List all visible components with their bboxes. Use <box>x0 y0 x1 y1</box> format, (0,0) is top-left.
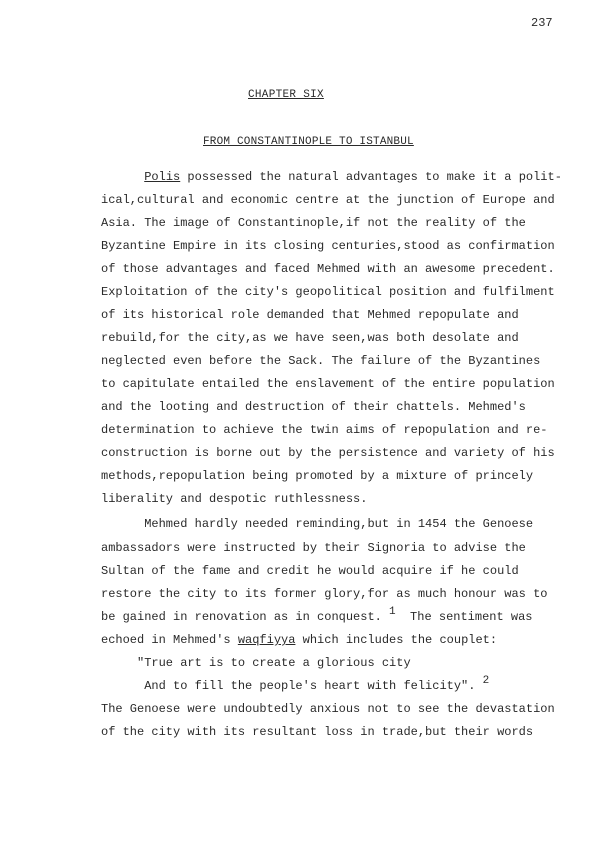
text-line: ical,cultural and economic centre at the… <box>101 193 555 207</box>
text-line: methods,repopulation being promoted by a… <box>101 469 533 483</box>
text-line: neglected even before the Sack. The fail… <box>101 354 540 368</box>
chapter-title: FROM CONSTANTINOPLE TO ISTANBUL <box>203 136 414 148</box>
footnote-marker: 1 <box>389 606 396 618</box>
text-line: to capitulate entailed the enslavement o… <box>101 377 555 391</box>
underlined-term: Polis <box>144 170 180 184</box>
text-line: of those advantages and faced Mehmed wit… <box>101 262 555 276</box>
text-line: of its historical role demanded that Meh… <box>101 308 519 322</box>
text-line: and the looting and destruction of their… <box>101 400 526 414</box>
text-line: liberality and despotic ruthlessness. <box>101 492 367 506</box>
text-line: construction is borne out by the persist… <box>101 446 555 460</box>
underlined-term: waqfiyya <box>238 633 296 647</box>
text-line: restore the city to its former glory,for… <box>101 587 547 601</box>
footnote-marker: 2 <box>483 675 490 687</box>
text-line: ambassadors were instructed by their Sig… <box>101 541 526 555</box>
text-line: Mehmed hardly needed reminding,but in 14… <box>101 517 533 531</box>
text-line: Polis possessed the natural advantages t… <box>101 170 562 184</box>
text-line: be gained in renovation as in conquest. … <box>101 610 532 625</box>
text-line: of the city with its resultant loss in t… <box>101 725 533 739</box>
text-line: echoed in Mehmed's waqfiyya which includ… <box>101 633 497 647</box>
text-line: Sultan of the fame and credit he would a… <box>101 564 519 578</box>
text-line: Exploitation of the city's geopolitical … <box>101 285 555 299</box>
text-line: The Genoese were undoubtedly anxious not… <box>101 702 555 716</box>
text-line: "True art is to create a glorious city <box>101 656 411 670</box>
text-line: Asia. The image of Constantinople,if not… <box>101 216 526 230</box>
text-line: rebuild,for the city,as we have seen,was… <box>101 331 519 345</box>
text-line: Byzantine Empire in its closing centurie… <box>101 239 555 253</box>
text-line: determination to achieve the twin aims o… <box>101 423 547 437</box>
chapter-heading: CHAPTER SIX <box>248 89 324 101</box>
page-number: 237 <box>531 16 553 30</box>
text-line: And to fill the people's heart with feli… <box>101 679 489 694</box>
